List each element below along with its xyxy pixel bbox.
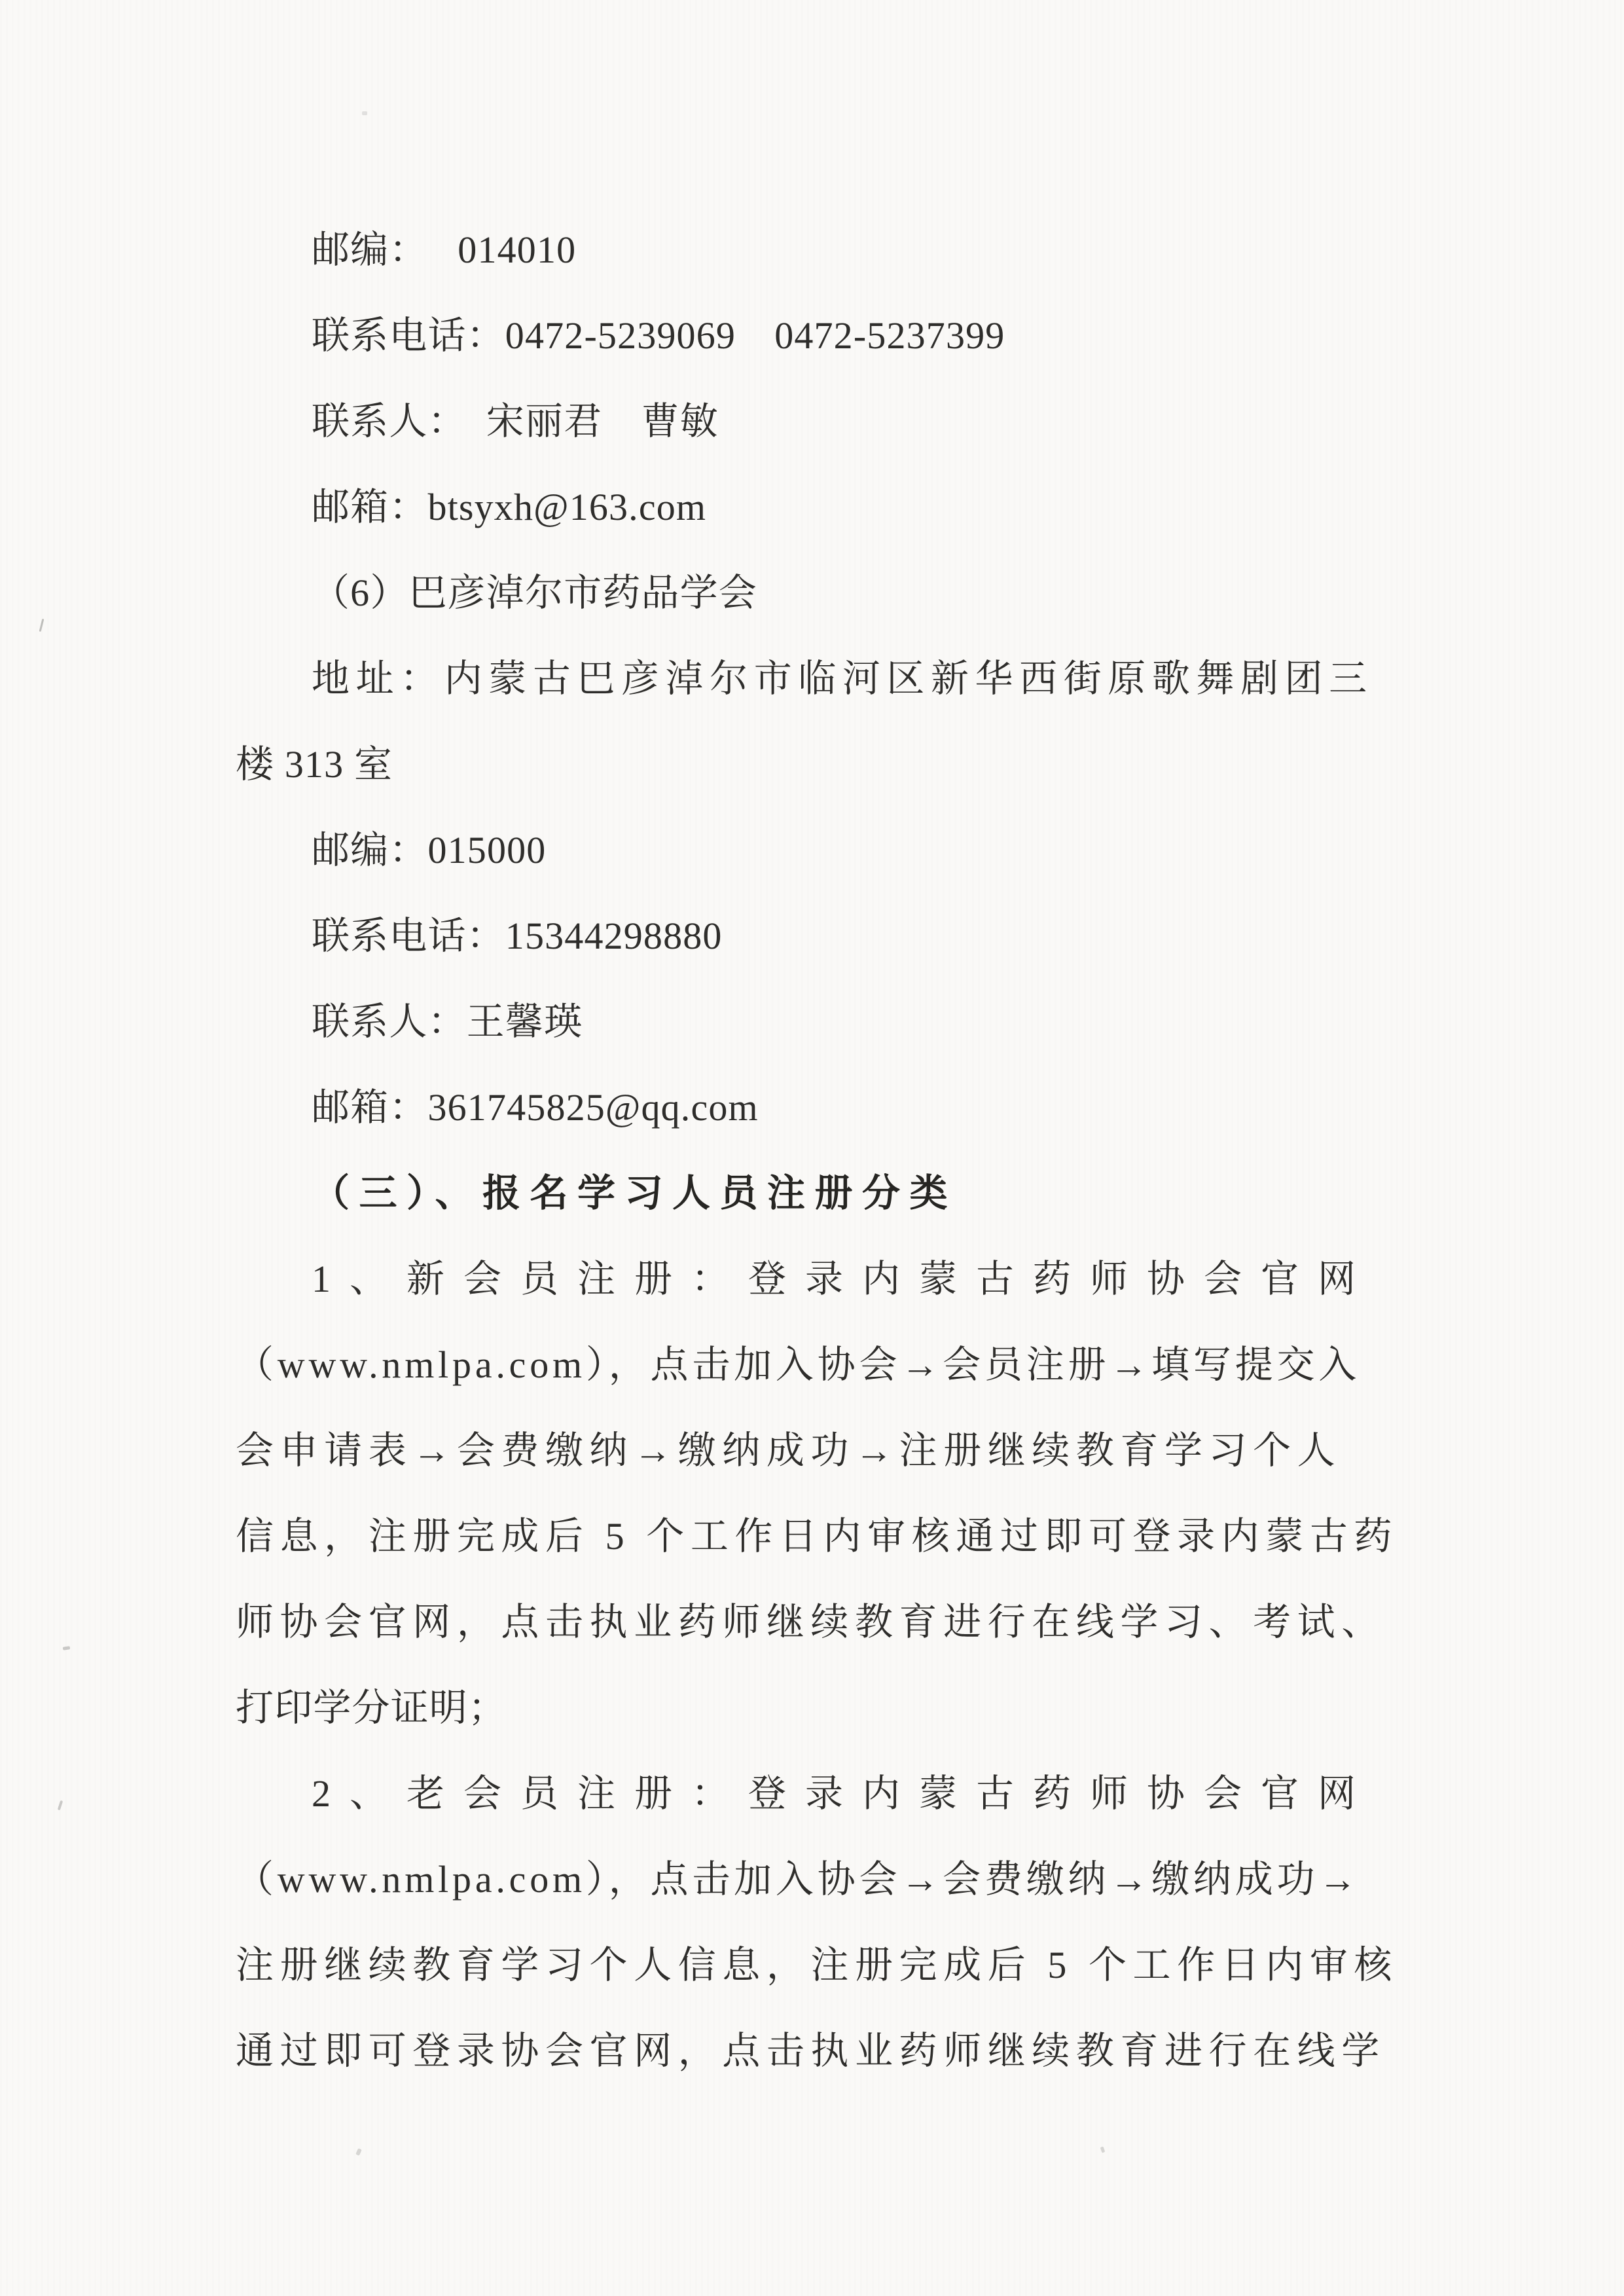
section-heading-registration-categories: （三）、报名学习人员注册分类 bbox=[236, 1150, 1389, 1236]
email-line-bayannur: 邮箱：361745825@qq.com bbox=[236, 1065, 1389, 1150]
new-member-paragraph-line-2: （www.nmlpa.com），点击加入协会→会员注册→填写提交入 bbox=[236, 1322, 1389, 1408]
scan-speck bbox=[63, 1646, 71, 1650]
email-line-baotou: 邮箱：btsyxh@163.com bbox=[236, 464, 1389, 550]
old-member-paragraph-line-1: 2、老会员注册：登录内蒙古药师协会官网 bbox=[236, 1751, 1389, 1836]
scan-speck bbox=[362, 111, 367, 115]
new-member-paragraph-line-5: 师协会官网，点击执业药师继续教育进行在线学习、考试、 bbox=[236, 1579, 1389, 1665]
address-line-bayannur-continuation: 楼 313 室 bbox=[236, 721, 1389, 807]
new-member-paragraph-line-1: 1、新会员注册：登录内蒙古药师协会官网 bbox=[236, 1236, 1389, 1322]
old-member-paragraph-line-4: 通过即可登录协会官网，点击执业药师继续教育进行在线学 bbox=[236, 2008, 1389, 2094]
old-member-paragraph-line-3: 注册继续教育学习个人信息，注册完成后 5 个工作日内审核 bbox=[236, 1922, 1389, 2008]
new-member-paragraph-line-3: 会申请表→会费缴纳→缴纳成功→注册继续教育学习个人 bbox=[236, 1408, 1389, 1493]
scan-speck bbox=[355, 2148, 362, 2156]
new-member-paragraph-line-4: 信息，注册完成后 5 个工作日内审核通过即可登录内蒙古药 bbox=[236, 1493, 1389, 1579]
old-member-paragraph-line-2: （www.nmlpa.com），点击加入协会→会费缴纳→缴纳成功→ bbox=[236, 1836, 1389, 1922]
contact-person-line-bayannur: 联系人：王馨瑛 bbox=[236, 979, 1389, 1065]
org-item-6-title: （6）巴彦淖尔市药品学会 bbox=[236, 550, 1389, 636]
zip-code-line-baotou: 邮编： 014010 bbox=[236, 207, 1389, 293]
new-member-paragraph-line-6: 打印学分证明； bbox=[236, 1665, 1389, 1751]
document-content: 邮编： 014010 联系电话：0472-5239069 0472-523739… bbox=[236, 207, 1389, 2094]
scan-speck bbox=[1100, 2146, 1106, 2153]
contact-person-line-baotou: 联系人： 宋丽君 曹敏 bbox=[236, 378, 1389, 464]
scan-speck bbox=[39, 619, 45, 632]
zip-code-line-bayannur: 邮编：015000 bbox=[236, 807, 1389, 893]
phone-line-bayannur: 联系电话：15344298880 bbox=[236, 893, 1389, 979]
phone-line-baotou: 联系电话：0472-5239069 0472-5237399 bbox=[236, 293, 1389, 378]
document-page: 邮编： 014010 联系电话：0472-5239069 0472-523739… bbox=[0, 0, 1624, 2296]
scan-speck bbox=[58, 1800, 63, 1811]
address-line-bayannur: 地址：内蒙古巴彦淖尔市临河区新华西街原歌舞剧团三 bbox=[236, 636, 1389, 721]
